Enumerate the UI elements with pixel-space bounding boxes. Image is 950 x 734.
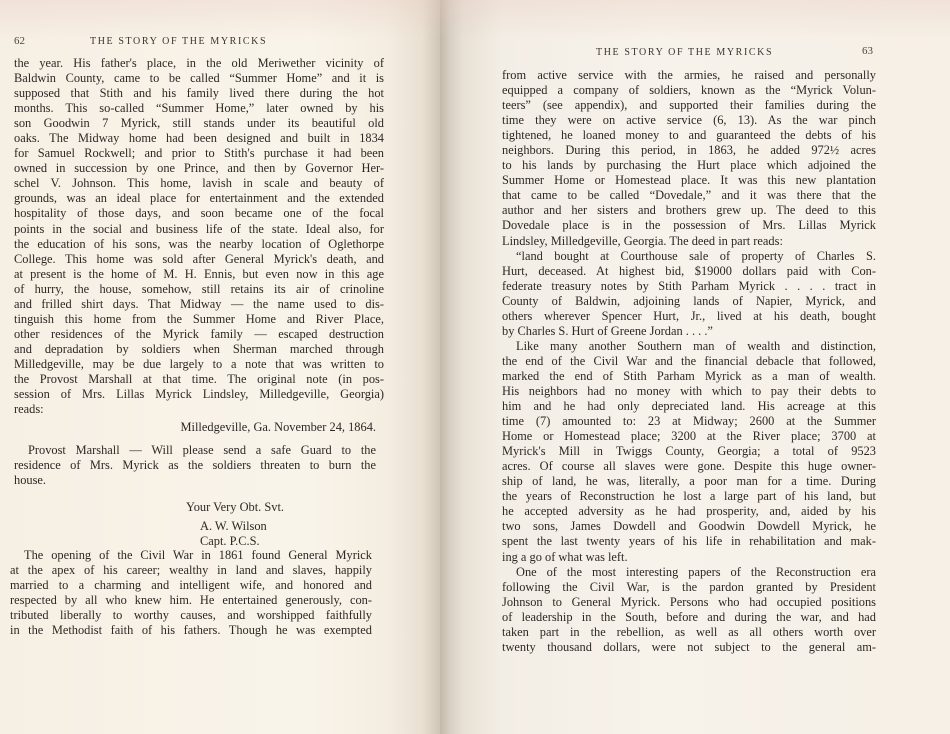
text-line: neighbors. During this period, in 1863, … (502, 143, 876, 158)
text-line: of leadership in the South, before and d… (502, 610, 876, 625)
text-line: acres. Of course all slaves were gone. D… (502, 459, 876, 474)
right-page-number: 63 (862, 45, 873, 57)
text-line: Summer Home or Homestead place. It was t… (502, 173, 876, 188)
text-line: tributed liberally to worthy causes, and… (10, 608, 372, 623)
text-line: for Samuel Rockwell; and prior to Stith'… (14, 146, 384, 161)
text-line: respected by all who knew him. He entert… (10, 593, 372, 608)
text-line: he accepted adversity as he had prosperi… (502, 504, 876, 519)
text-line: Milledgeville, may be due largely to a n… (14, 357, 384, 372)
text-line: following the Civil War, is the pardon g… (502, 580, 876, 595)
deed-quote-line: federate treasury notes by Stith Parham … (502, 279, 876, 294)
text-line: session of Mrs. Lillas Myrick Lindsley, … (14, 387, 384, 402)
note-closing: Your Very Obt. Svt. (186, 500, 376, 515)
text-line: oaks. The Midway home had been designed … (14, 131, 384, 146)
text-line: son Goodwin 7 Myrick, still stands under… (14, 116, 384, 131)
text-line: to his lands by purchasing the Hurt plac… (502, 158, 876, 173)
text-line: and frilled shirt days. That Midway — th… (14, 297, 384, 312)
text-line: reads: (14, 402, 384, 417)
text-line: equipped a company of soldiers, known as… (502, 83, 876, 98)
text-line: owned in succession by one Prince, and t… (14, 161, 384, 176)
text-line: two sons, James Dowdell and Goodwin Dowd… (502, 519, 876, 534)
text-line: Lindsley, Milledgeville, Georgia. The de… (502, 234, 876, 249)
text-line: the education of his sons, was the nearb… (14, 237, 384, 252)
text-line: Home or Homestead place; 3200 at the Riv… (502, 429, 876, 444)
text-line: time they were on active service (6, 13)… (502, 113, 876, 128)
text-line: the year. His father's place, in the old… (14, 56, 384, 71)
text-line: Myrick's Mill in Twiggs County, Georgia;… (502, 444, 876, 459)
text-line: spent the last twenty years of his life … (502, 534, 876, 549)
left-running-head: THE STORY OF THE MYRICKS (90, 36, 267, 47)
deed-quote-line: County of Baldwin, adjoining lands of Na… (502, 294, 876, 309)
text-line: One of the most interesting papers of th… (502, 565, 876, 580)
text-line: Like many another Southern man of wealth… (502, 339, 876, 354)
text-line: at the apex of his career; wealthy in la… (10, 563, 372, 578)
note-line: residence of Mrs. Myrick as the soldiers… (14, 458, 376, 473)
deed-quote-line: by Charles S. Hurt of Greene Jordan . . … (502, 324, 876, 339)
text-line: author and her sisters and brothers grew… (502, 203, 876, 218)
text-line: time (7) amounted to: 23 at Midway; 2600… (502, 414, 876, 429)
text-line: College. This home was sold after Genera… (14, 252, 384, 267)
text-line: from active service with the armies, he … (502, 68, 876, 83)
note-dateline: Milledgeville, Ga. November 24, 1864. (14, 420, 376, 435)
note-signer-name: A. W. Wilson (200, 519, 376, 534)
text-line: him and he had only depreciated land. Hi… (502, 399, 876, 414)
text-line: Johnson to General Myrick. Persons who h… (502, 595, 876, 610)
text-line: married to a charming and intelligent wi… (10, 578, 372, 593)
text-line: teers” (see appendix), and supported the… (502, 98, 876, 113)
deed-quote-line: Hurt, deceased. At highest bid, $19000 d… (502, 264, 876, 279)
text-line: the Provost Marshall at that time. The o… (14, 372, 384, 387)
text-line: at present is the home of M. H. Ennis, b… (14, 267, 384, 282)
text-line: that came to be called “Dovedale,” and i… (502, 188, 876, 203)
text-line: The opening of the Civil War in 1861 fou… (10, 548, 372, 563)
left-paragraph-2: The opening of the Civil War in 1861 fou… (10, 548, 372, 638)
note-line: Provost Marshall — Will please send a sa… (14, 443, 376, 458)
text-line: schel V. Johnson. This home, lavish in s… (14, 176, 384, 191)
text-line: marked the end of Stith Parham Myrick as… (502, 369, 876, 384)
text-line: points in the social and business life o… (14, 222, 384, 237)
text-line: in the Methodist faith of his fathers. T… (10, 623, 372, 638)
text-line: and depradation by soldiers when Sherman… (14, 342, 384, 357)
left-page-number: 62 (14, 35, 25, 47)
text-line: hospitality of those days, and soon beca… (14, 206, 384, 221)
text-line: taken part in the rebellion, as well as … (502, 625, 876, 640)
deed-quote-line: others wherever Spencer Hurt, Jr., lived… (502, 309, 876, 324)
text-line: of hurry, the house, somehow, still reta… (14, 282, 384, 297)
text-line: the years of Reconstruction he lost a la… (502, 489, 876, 504)
note-line: house. (14, 473, 376, 488)
text-line: other residences of the Myrick family — … (14, 327, 384, 342)
left-paragraph-1: the year. His father's place, in the old… (14, 56, 384, 417)
text-line: tinguish this home from the Summer Home … (14, 312, 384, 327)
provost-note: Milledgeville, Ga. November 24, 1864. Pr… (14, 420, 376, 549)
text-line: His neighbors had no money with which to… (502, 384, 876, 399)
text-line: ing a go of what was left. (502, 550, 876, 565)
right-paragraph-1: from active service with the armies, he … (502, 68, 876, 655)
text-line: twenty thousand dollars, were not subjec… (502, 640, 876, 655)
text-line: Baldwin County, came to be called “Summe… (14, 71, 384, 86)
text-line: grounds, was an ideal place for entertai… (14, 191, 384, 206)
text-line: tightened, he loaned money to and guaran… (502, 128, 876, 143)
right-running-head: THE STORY OF THE MYRICKS (596, 47, 773, 58)
text-line: the end of the Civil War and the financi… (502, 354, 876, 369)
book-gutter (440, 0, 462, 734)
deed-quote-line: “land bought at Courthouse sale of prope… (502, 249, 876, 264)
text-line: supposed that Stith and his family lived… (14, 86, 384, 101)
text-line: ship of land, he was, literally, a poor … (502, 474, 876, 489)
text-line: Dovedale place is in the possession of M… (502, 218, 876, 233)
text-line: months. This so-called “Summer Home,” la… (14, 101, 384, 116)
